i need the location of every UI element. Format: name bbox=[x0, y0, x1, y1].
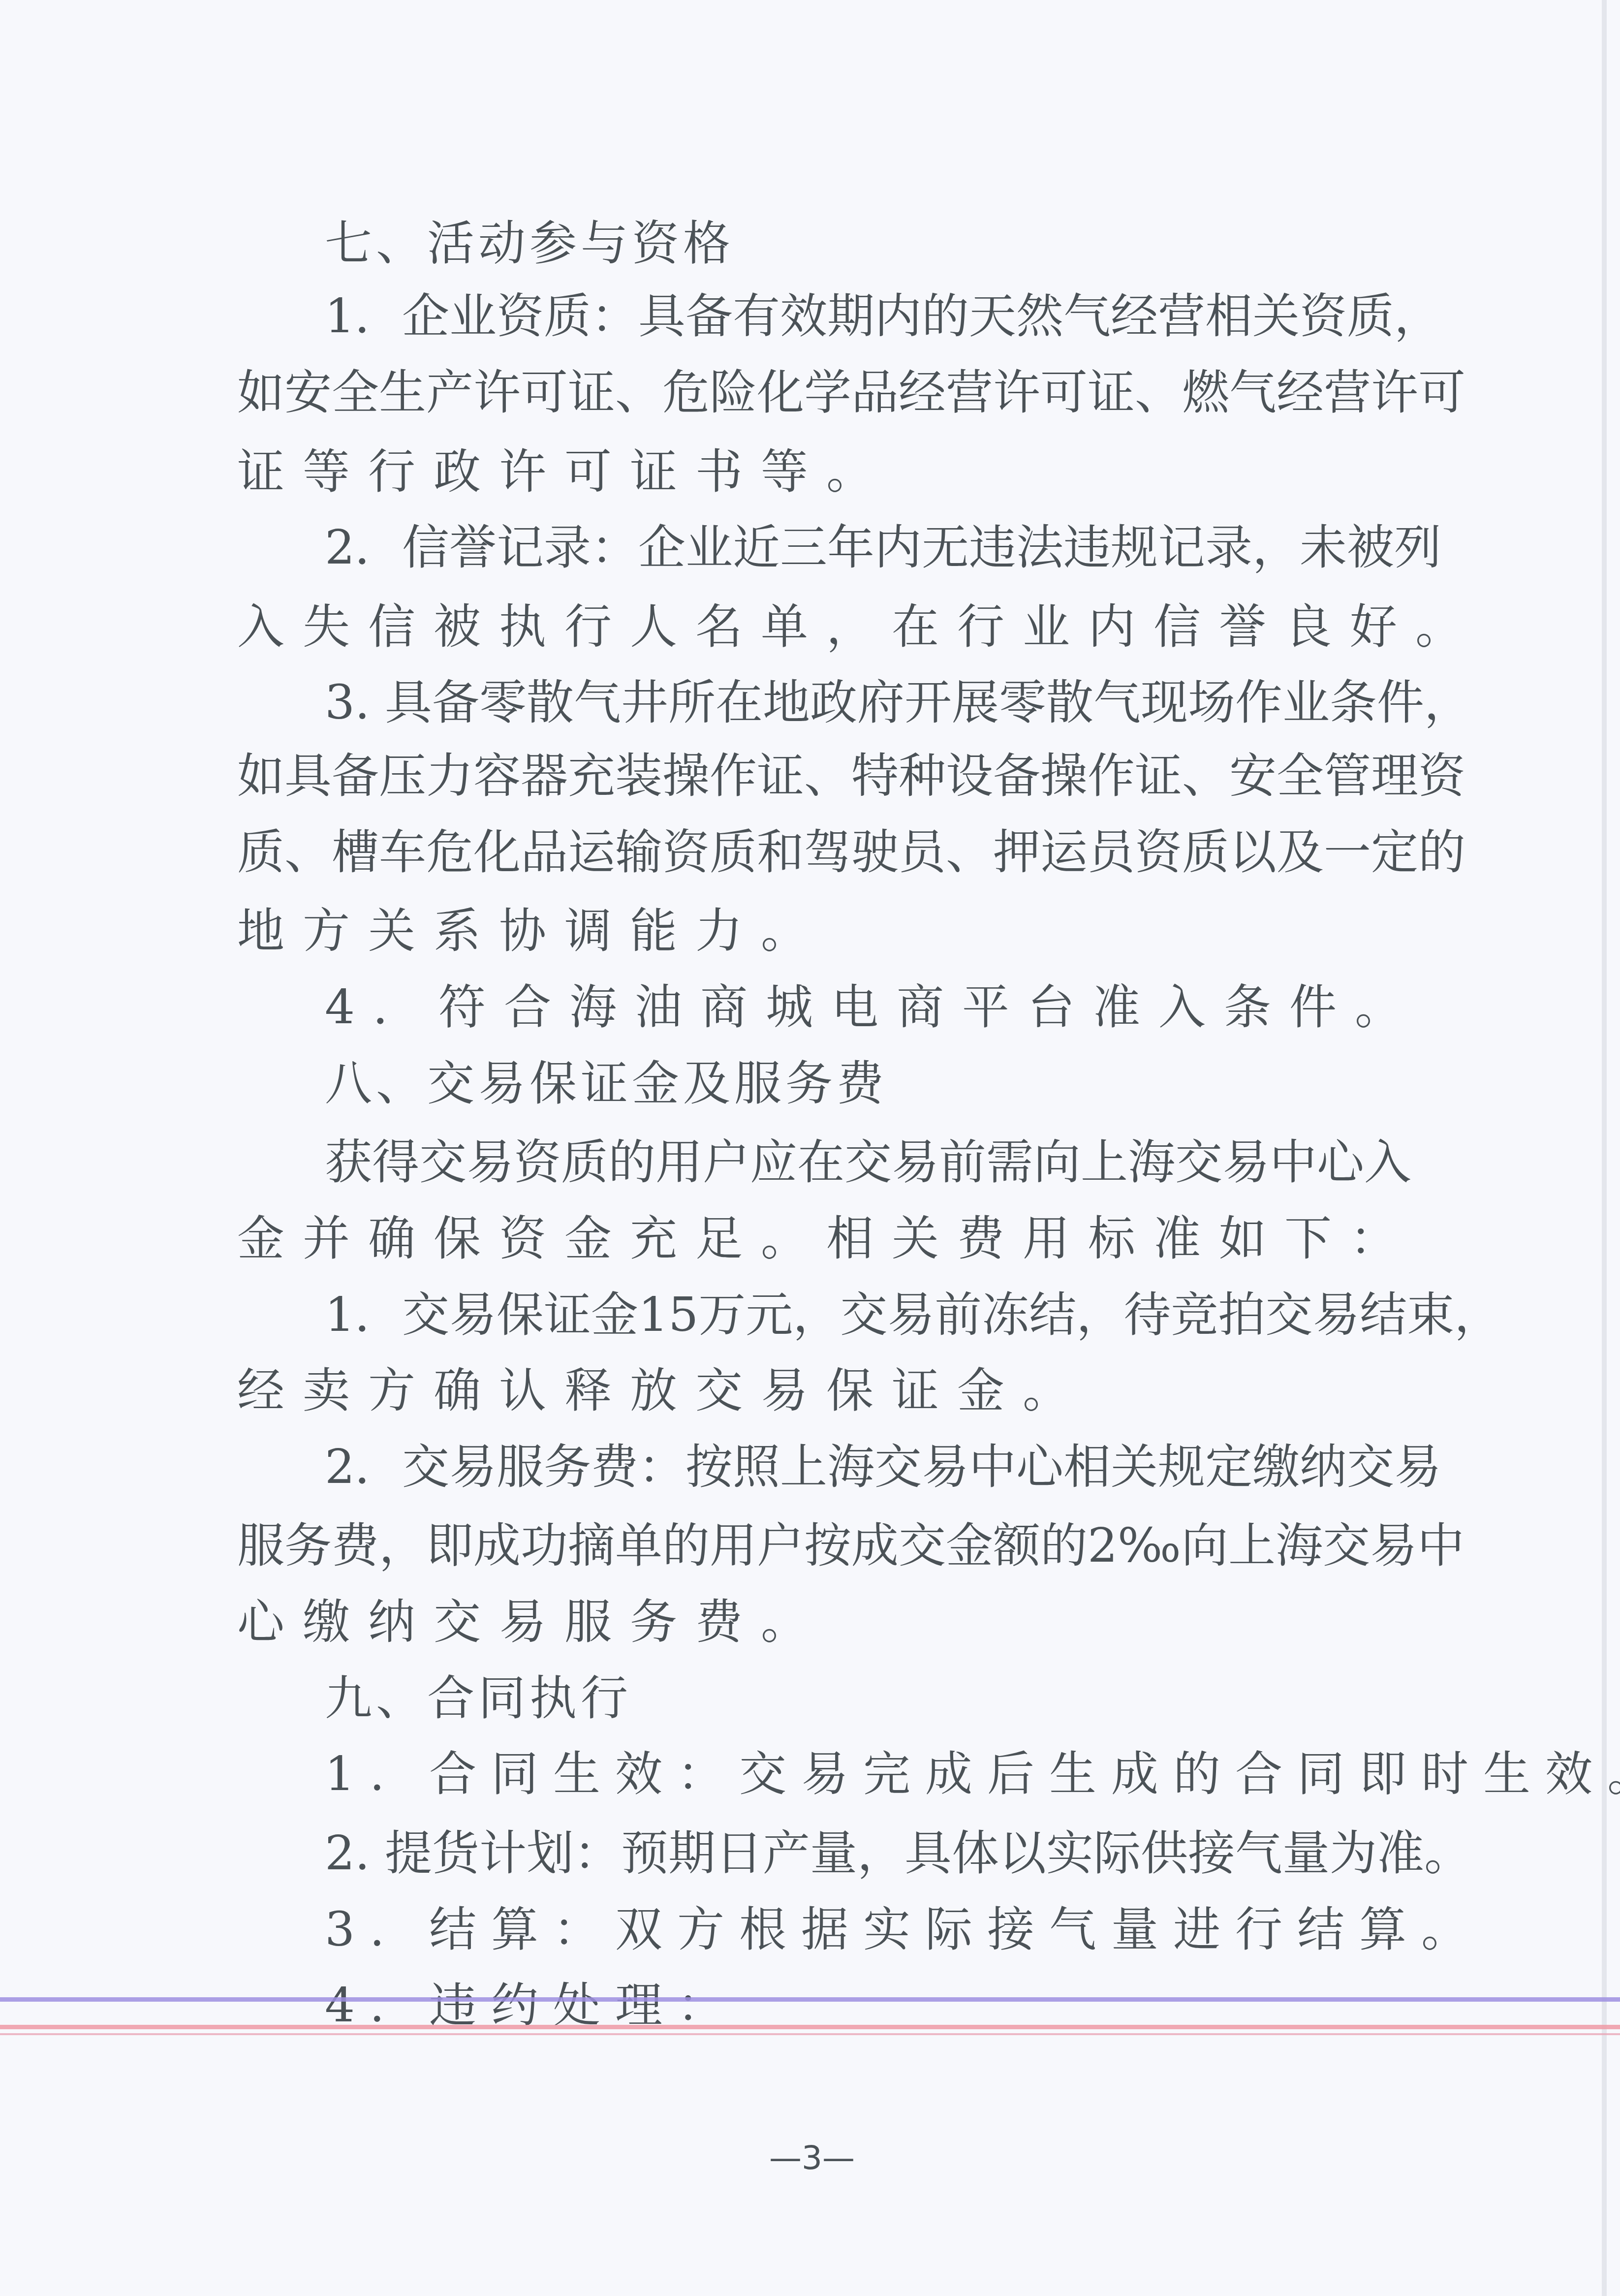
paragraph-line: 3. 结算：双方根据实际接气量进行结算。 bbox=[325, 1897, 1483, 1961]
paragraph-line: 金并确保资金充足。相关费用标准如下： bbox=[237, 1206, 1415, 1270]
paragraph-line: 服务费，即成功摘单的用户按成交金额的2‰向上海交易中 bbox=[237, 1513, 1354, 1577]
page-number: —3— bbox=[714, 2136, 910, 2180]
paragraph-line: 获得交易资质的用户应在交易前需向上海交易中心入 bbox=[325, 1130, 1354, 1194]
divider-line-red bbox=[0, 2025, 1620, 2029]
paragraph-line: 1. 合同生效：交易完成后生成的合同即时生效。 bbox=[325, 1742, 1620, 1806]
section-heading-7: 七、活动参与资格 bbox=[325, 211, 734, 275]
paragraph-line: 4．符合海油商城电商平台准入条件。 bbox=[325, 975, 1420, 1039]
section-heading-8: 八、交易保证金及服务费 bbox=[325, 1051, 888, 1115]
divider-line-blue bbox=[0, 1997, 1620, 2002]
paragraph-line: 地方关系协调能力。 bbox=[237, 899, 826, 963]
divider-line-red-thin bbox=[0, 2033, 1620, 2035]
paragraph-line: 心缴纳交易服务费。 bbox=[237, 1590, 826, 1654]
paragraph-line: 1．企业资质：具备有效期内的天然气经营相关资质， bbox=[325, 284, 1354, 348]
paragraph-line: 经卖方确认释放交易保证金。 bbox=[237, 1358, 1088, 1422]
paragraph-line: 2．交易服务费：按照上海交易中心相关规定缴纳交易 bbox=[325, 1435, 1354, 1499]
paragraph-line: 3. 具备零散气井所在地政府开展零散气现场作业条件， bbox=[325, 670, 1354, 734]
paragraph-line: 入失信被执行人名单，在行业内信誉良好。 bbox=[237, 595, 1481, 659]
section-heading-9: 九、合同执行 bbox=[325, 1666, 632, 1730]
paragraph-line: 如具备压力容器充装操作证、特种设备操作证、安全管理资 bbox=[237, 744, 1354, 808]
paragraph-line: 1．交易保证金15万元，交易前冻结，待竞拍交易结束， bbox=[325, 1283, 1354, 1347]
paragraph-line: 2．信誉记录：企业近三年内无违法违规记录，未被列 bbox=[325, 515, 1354, 579]
paragraph-line: 证等行政许可证书等。 bbox=[237, 440, 892, 503]
paragraph-line: 质、槽车危化品运输资质和驾驶员、押运员资质以及一定的 bbox=[237, 820, 1354, 884]
scan-page-edge bbox=[1602, 0, 1607, 2296]
paragraph-line: 2. 提货计划：预期日产量，具体以实际供接气量为准。 bbox=[325, 1821, 1354, 1885]
paragraph-line: 如安全生产许可证、危险化学品经营许可证、燃气经营许可 bbox=[237, 360, 1354, 424]
